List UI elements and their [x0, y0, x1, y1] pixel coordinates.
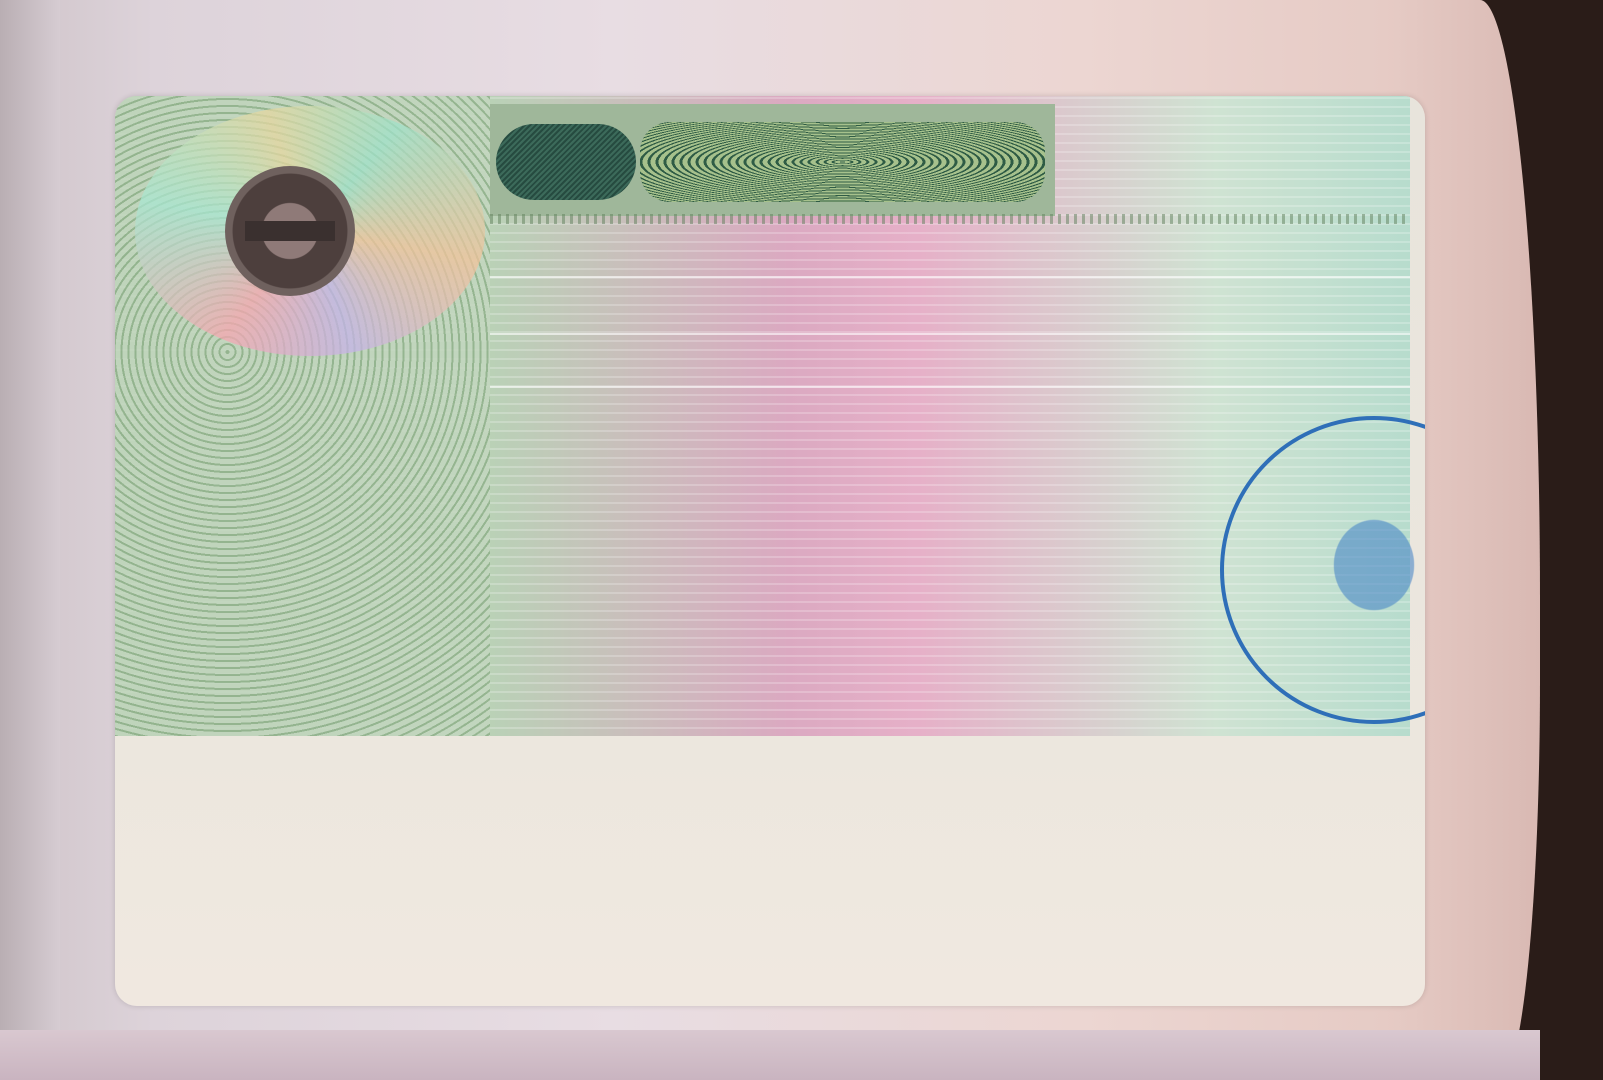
redacted-machine-readable-zone: [295, 816, 1335, 916]
country-letter: [496, 124, 636, 200]
passport-page: [0, 0, 1540, 1080]
field-divider: [490, 386, 1410, 388]
hologram-seal-icon: [225, 166, 355, 296]
page-bottom-edge: [0, 1030, 1540, 1080]
visum-header: [640, 122, 1045, 202]
holder-photo-redacted: [160, 336, 490, 736]
microprint-strip: [490, 214, 1410, 224]
field-divider: [490, 333, 1410, 335]
visum-banner: [490, 104, 1055, 216]
visa-sticker: [115, 96, 1425, 1006]
austrian-eagle-icon: [1294, 475, 1425, 655]
page-gutter: [0, 0, 60, 1080]
field-divider: [490, 276, 1410, 278]
